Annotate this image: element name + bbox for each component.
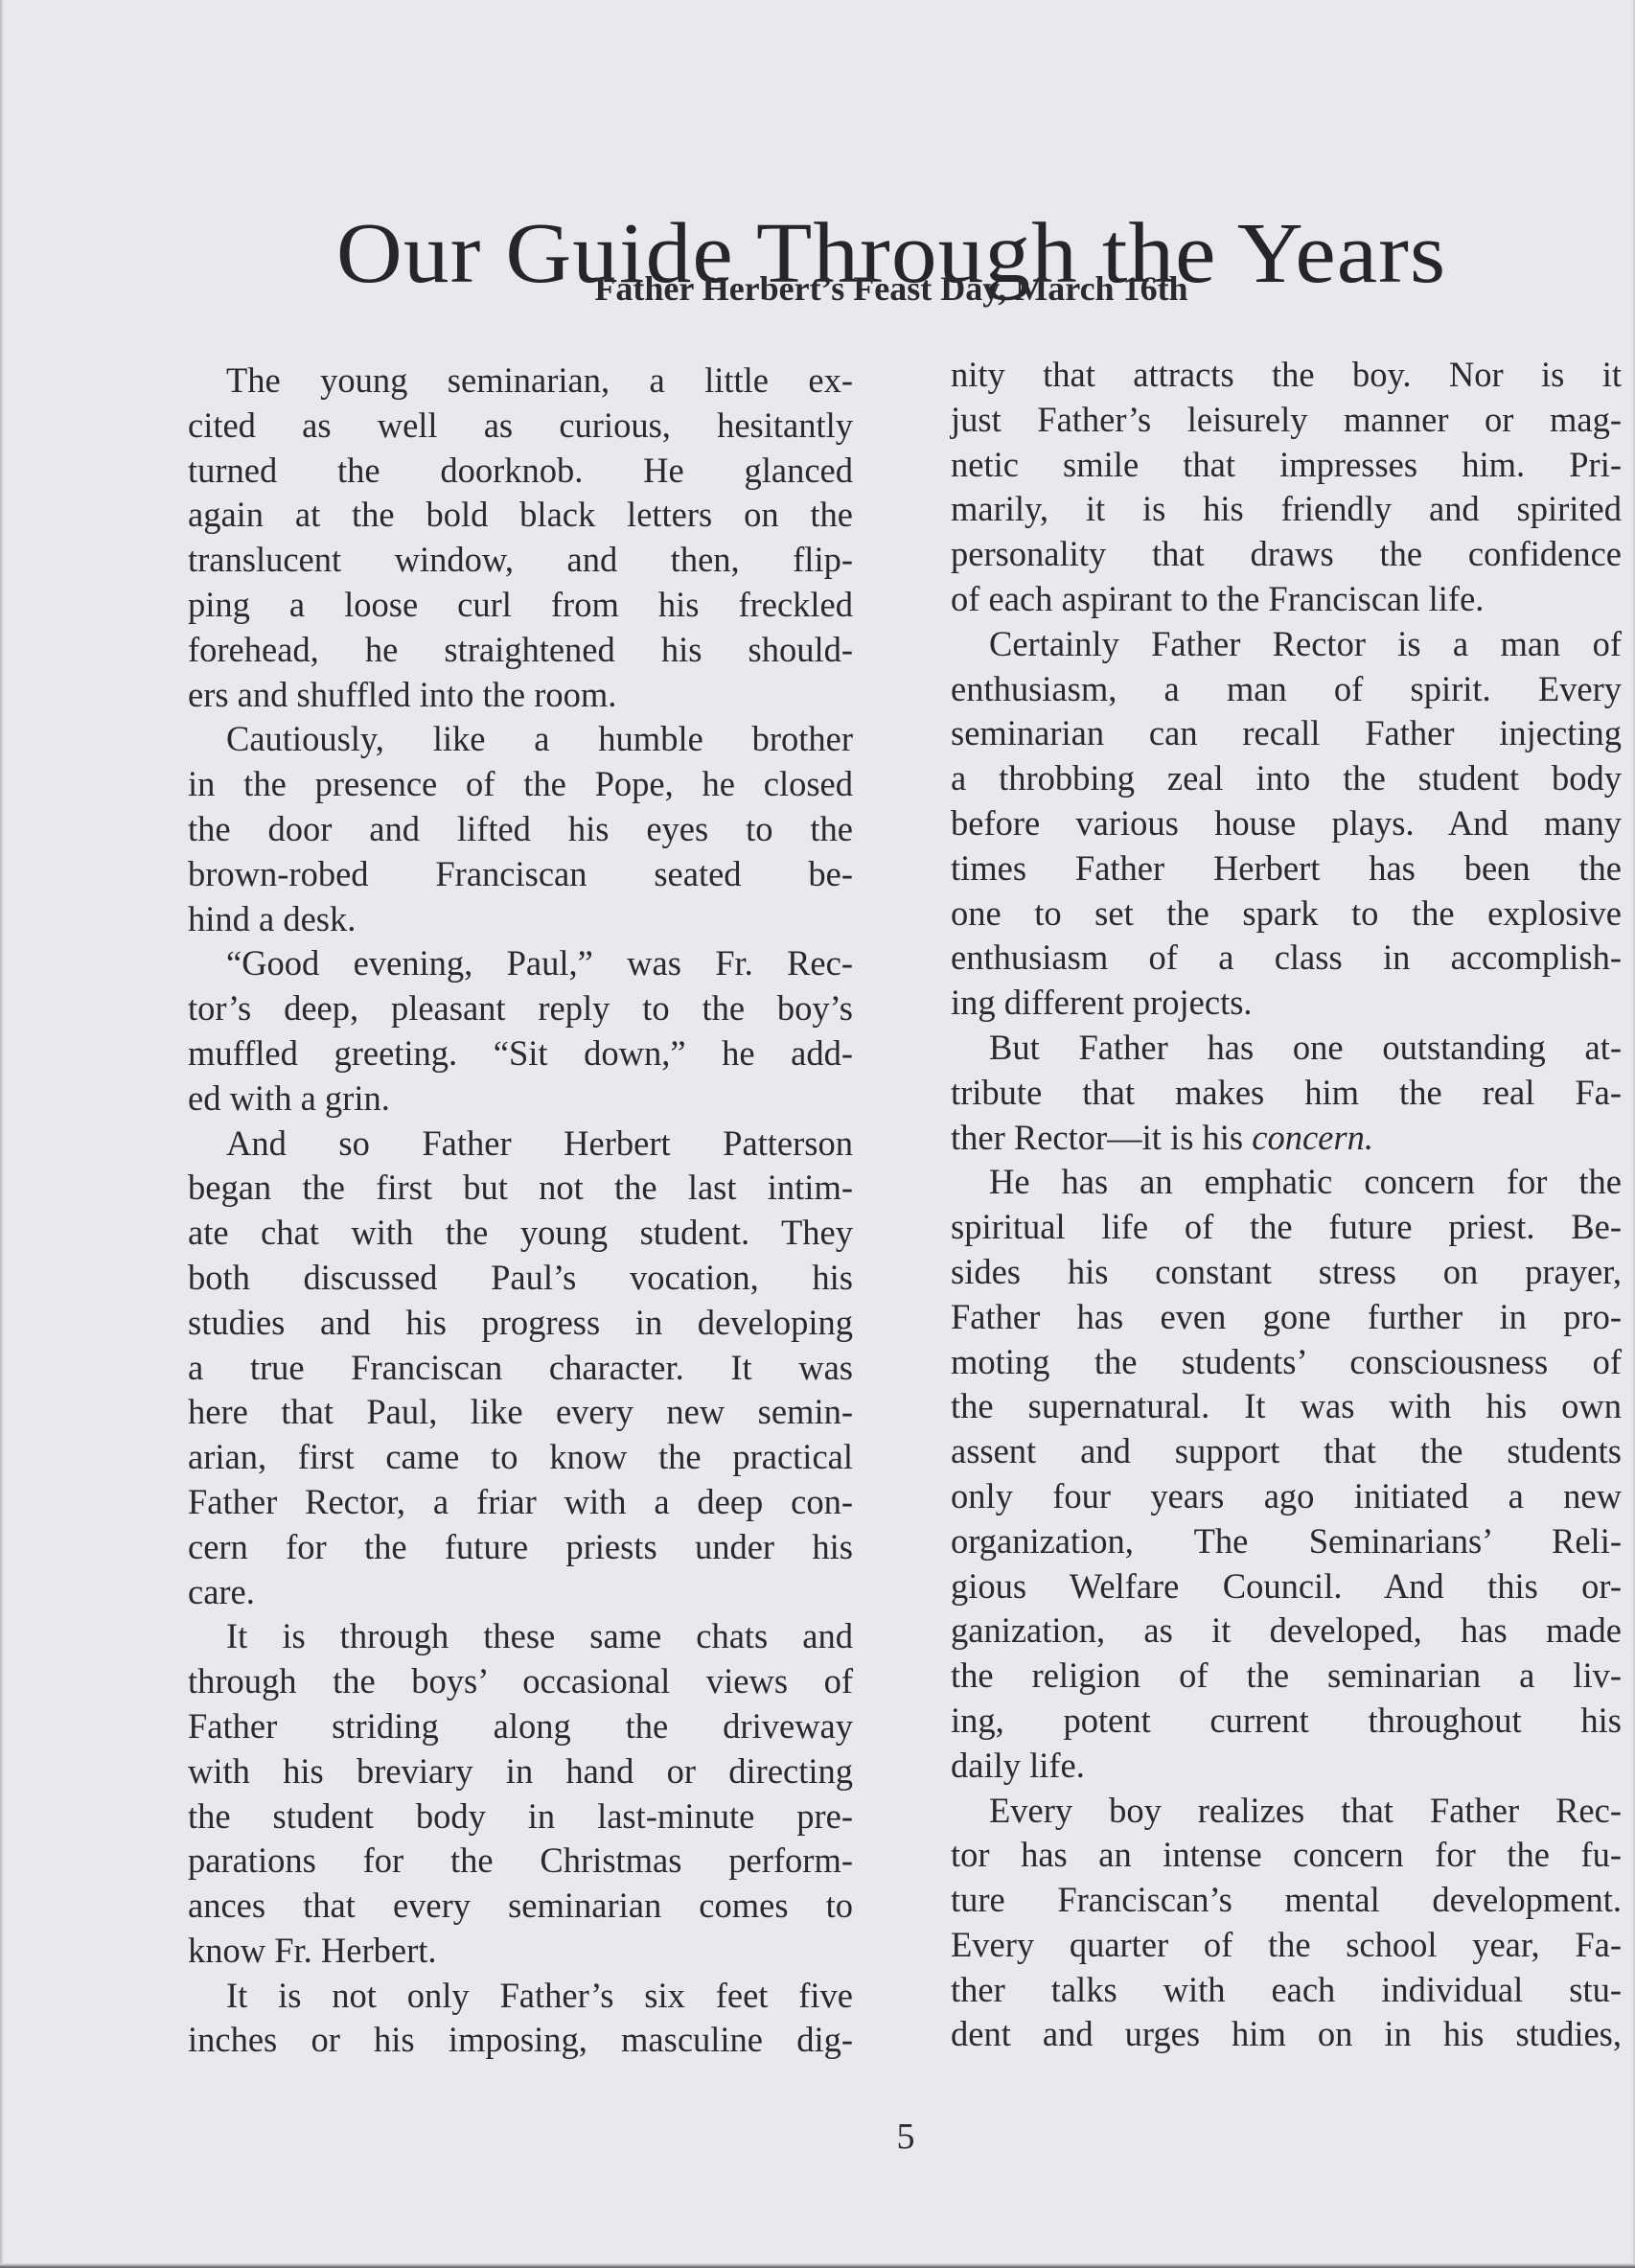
text-line-content: muffled greeting. “Sit down,” he add-	[188, 1033, 853, 1073]
text-line-content: enthusiasm of a class in accomplish-	[951, 937, 1622, 977]
text-line-content: in the presence of the Pope, he closed	[188, 764, 853, 803]
text-line-content: gious Welfare Council. And this or-	[951, 1566, 1622, 1606]
text-line: It is through these same chats and	[188, 1614, 853, 1659]
text-line: Every boy realizes that Father Rec-	[951, 1789, 1622, 1834]
text-line: organization, The Seminarians’ Reli-	[951, 1519, 1622, 1564]
text-line: the door and lifted his eyes to the	[188, 807, 853, 852]
text-line: It is not only Father’s six feet five	[188, 1974, 853, 2019]
text-line-content: arian, first came to know the practical	[188, 1437, 853, 1476]
text-line-content: studies and his progress in developing	[188, 1303, 853, 1342]
text-line: again at the bold black letters on the	[188, 493, 853, 538]
text-line: parations for the Christmas perform-	[188, 1839, 853, 1884]
text-line-content: Father Rector, a friar with a deep con-	[188, 1482, 853, 1521]
text-line-content: assent and support that the students	[951, 1431, 1622, 1470]
text-line: moting the students’ consciousness of	[951, 1340, 1622, 1385]
text-line-content: ganization, as it developed, has made	[951, 1610, 1622, 1650]
text-line-content: tor has an intense concern for the fu-	[951, 1835, 1622, 1874]
text-line: a true Franciscan character. It was	[188, 1346, 853, 1391]
text-line: assent and support that the students	[951, 1429, 1622, 1474]
text-line-content: know Fr. Herbert.	[188, 1931, 437, 1970]
text-line: just Father’s leisurely manner or mag-	[951, 398, 1622, 443]
text-line-content: the student body in last-minute pre-	[188, 1796, 853, 1836]
text-line-content: a true Franciscan character. It was	[188, 1348, 853, 1387]
text-line: hind a desk.	[188, 897, 853, 942]
text-line: here that Paul, like every new semin-	[188, 1390, 853, 1435]
text-line-content: And so Father Herbert Patterson	[226, 1123, 853, 1163]
text-line: ers and shuffled into the room.	[188, 673, 853, 718]
text-line: gious Welfare Council. And this or-	[951, 1564, 1622, 1609]
text-line-content: ers and shuffled into the room.	[188, 675, 616, 714]
text-line-content: marily, it is his friendly and spirited	[951, 489, 1622, 528]
text-line-content: the supernatural. It was with his own	[951, 1386, 1622, 1425]
text-line-content: translucent window, and then, flip-	[188, 540, 853, 579]
text-line-content: enthusiasm, a man of spirit. Every	[951, 669, 1622, 708]
text-line-content: cited as well as curious, hesitantly	[188, 405, 853, 445]
text-line: nity that attracts the boy. Nor is it	[951, 353, 1622, 398]
text-line: ping a loose curl from his freckled	[188, 583, 853, 628]
text-line: ances that every seminarian comes to	[188, 1884, 853, 1929]
text-line: netic smile that impresses him. Pri-	[951, 443, 1622, 488]
text-line-content: He has an emphatic concern for the	[989, 1162, 1622, 1201]
text-line-content: before various house plays. And many	[951, 803, 1622, 843]
text-line-content: times Father Herbert has been the	[951, 848, 1622, 888]
text-line: ate chat with the young student. They	[188, 1211, 853, 1256]
text-line-content: the religion of the seminarian a liv-	[951, 1655, 1622, 1695]
text-line: ing different projects.	[951, 981, 1622, 1026]
text-line: studies and his progress in developing	[188, 1301, 853, 1346]
text-line-content: Every boy realizes that Father Rec-	[989, 1791, 1622, 1830]
text-line-content: sides his constant stress on prayer,	[951, 1252, 1622, 1291]
text-line: ture Franciscan’s mental development.	[951, 1878, 1622, 1923]
text-line: But Father has one outstanding at-	[951, 1026, 1622, 1071]
text-line: Certainly Father Rector is a man of	[951, 622, 1622, 667]
text-line-content: organization, The Seminarians’ Reli-	[951, 1521, 1622, 1561]
text-line: in the presence of the Pope, he closed	[188, 762, 853, 807]
text-line: Father has even gone further in pro-	[951, 1295, 1622, 1340]
text-line: inches or his imposing, masculine dig-	[188, 2018, 853, 2063]
text-line: marily, it is his friendly and spirited	[951, 487, 1622, 532]
text-line-content: ping a loose curl from his freckled	[188, 585, 853, 624]
text-line-content: inches or his imposing, masculine dig-	[188, 2020, 853, 2059]
text-line: tribute that makes him the real Fa-	[951, 1071, 1622, 1116]
text-line-content: parations for the Christmas perform-	[188, 1840, 853, 1880]
text-line: And so Father Herbert Patterson	[188, 1122, 853, 1167]
text-line-content: brown-robed Franciscan seated be-	[188, 854, 853, 893]
left-column: The young seminarian, a little ex-cited …	[188, 359, 853, 2063]
text-line-content: both discussed Paul’s vocation, his	[188, 1258, 853, 1297]
text-line: the religion of the seminarian a liv-	[951, 1654, 1622, 1699]
italic-emphasis: concern.	[1252, 1118, 1373, 1157]
text-line-content: ther Rector—it is his	[951, 1118, 1252, 1157]
text-line-content: “Good evening, Paul,” was Fr. Rec-	[226, 943, 853, 983]
text-line: the supernatural. It was with his own	[951, 1384, 1622, 1429]
text-line: ed with a grin.	[188, 1076, 853, 1122]
page-bottom-edge	[0, 2263, 1635, 2268]
text-line-content: personality that draws the confidence	[951, 534, 1622, 573]
text-line: Every quarter of the school year, Fa-	[951, 1923, 1622, 1968]
text-line: personality that draws the confidence	[951, 532, 1622, 577]
text-line: only four years ago initiated a new	[951, 1474, 1622, 1519]
text-line: dent and urges him on in his studies,	[951, 2012, 1622, 2057]
text-line-content: here that Paul, like every new semin-	[188, 1392, 853, 1431]
text-line: daily life.	[951, 1744, 1622, 1789]
text-line-content: It is through these same chats and	[226, 1616, 853, 1655]
text-line-content: turned the doorknob. He glanced	[188, 451, 853, 490]
text-line-content: seminarian can recall Father injecting	[951, 713, 1622, 752]
text-line-content: with his breviary in hand or directing	[188, 1751, 853, 1791]
text-line-content: moting the students’ consciousness of	[951, 1342, 1622, 1381]
text-line: tor has an intense concern for the fu-	[951, 1833, 1622, 1878]
text-line: both discussed Paul’s vocation, his	[188, 1256, 853, 1301]
text-line: a throbbing zeal into the student body	[951, 756, 1622, 801]
text-line-content: nity that attracts the boy. Nor is it	[951, 355, 1622, 394]
text-line: enthusiasm of a class in accomplish-	[951, 936, 1622, 981]
text-line-content: But Father has one outstanding at-	[989, 1028, 1622, 1067]
text-line-content: Father striding along the driveway	[188, 1706, 853, 1746]
text-line: know Fr. Herbert.	[188, 1929, 853, 1974]
text-line-content: spiritual life of the future priest. Be-	[951, 1207, 1622, 1246]
text-line: before various house plays. And many	[951, 801, 1622, 846]
text-line-content: again at the bold black letters on the	[188, 495, 853, 534]
text-line: translucent window, and then, flip-	[188, 538, 853, 583]
text-line: The young seminarian, a little ex-	[188, 359, 853, 404]
text-line-content: Every quarter of the school year, Fa-	[951, 1925, 1622, 1964]
text-line-content: tor’s deep, pleasant reply to the boy’s	[188, 988, 853, 1028]
text-line: sides his constant stress on prayer,	[951, 1250, 1622, 1295]
text-line: ing, potent current throughout his	[951, 1699, 1622, 1744]
text-line: the student body in last-minute pre-	[188, 1794, 853, 1840]
text-line: through the boys’ occasional views of	[188, 1659, 853, 1704]
text-line-content: ing, potent current throughout his	[951, 1701, 1622, 1740]
text-line: Father striding along the driveway	[188, 1704, 853, 1749]
page-left-edge	[0, 0, 4, 2268]
text-line: He has an emphatic concern for the	[951, 1160, 1622, 1205]
text-line-content: just Father’s leisurely manner or mag-	[951, 400, 1622, 439]
text-line: of each aspirant to the Franciscan life.	[951, 577, 1622, 622]
text-line: muffled greeting. “Sit down,” he add-	[188, 1031, 853, 1076]
text-line-content: hind a desk.	[188, 899, 356, 938]
text-line: arian, first came to know the practical	[188, 1435, 853, 1480]
text-line: ther talks with each individual stu-	[951, 1968, 1622, 2013]
text-line-content: Certainly Father Rector is a man of	[989, 624, 1622, 663]
text-line-content: one to set the spark to the explosive	[951, 893, 1622, 933]
text-line-content: netic smile that impresses him. Pri-	[951, 445, 1622, 484]
text-line: spiritual life of the future priest. Be-	[951, 1205, 1622, 1250]
article-subtitle: Father Herbert’s Feast Day, March 16th	[192, 266, 1591, 311]
text-line: times Father Herbert has been the	[951, 846, 1622, 891]
text-line: brown-robed Franciscan seated be-	[188, 852, 853, 897]
text-line-content: ture Franciscan’s mental development.	[951, 1880, 1622, 1919]
text-line: enthusiasm, a man of spirit. Every	[951, 667, 1622, 712]
text-line: cited as well as curious, hesitantly	[188, 404, 853, 449]
text-line-content: care.	[188, 1572, 255, 1611]
text-line: one to set the spark to the explosive	[951, 891, 1622, 937]
text-line: tor’s deep, pleasant reply to the boy’s	[188, 986, 853, 1031]
text-line: began the first but not the last intim-	[188, 1166, 853, 1211]
text-line-content: ed with a grin.	[188, 1078, 390, 1118]
right-column: nity that attracts the boy. Nor is itjus…	[951, 353, 1622, 2057]
text-line: “Good evening, Paul,” was Fr. Rec-	[188, 941, 853, 986]
text-line-content: The young seminarian, a little ex-	[226, 360, 853, 400]
text-line-content: It is not only Father’s six feet five	[226, 1976, 853, 2015]
text-line-content: Cautiously, like a humble brother	[226, 719, 853, 758]
text-line: with his breviary in hand or directing	[188, 1749, 853, 1794]
page-number: 5	[891, 2115, 920, 2159]
text-line: seminarian can recall Father injecting	[951, 711, 1622, 756]
text-line-content: ances that every seminarian comes to	[188, 1886, 853, 1925]
text-line: ther Rector—it is his concern.	[951, 1116, 1622, 1161]
text-line-content: the door and lifted his eyes to the	[188, 809, 853, 848]
text-line: care.	[188, 1570, 853, 1615]
text-line-content: cern for the future priests under his	[188, 1527, 853, 1566]
text-line-content: Father has even gone further in pro-	[951, 1297, 1622, 1336]
text-line-content: forehead, he straightened his should-	[188, 630, 853, 669]
text-line-content: ther talks with each individual stu-	[951, 1970, 1622, 2009]
text-line: Cautiously, like a humble brother	[188, 717, 853, 762]
text-line: Father Rector, a friar with a deep con-	[188, 1480, 853, 1525]
text-line-content: a throbbing zeal into the student body	[951, 758, 1622, 798]
text-line: turned the doorknob. He glanced	[188, 449, 853, 494]
text-line-content: tribute that makes him the real Fa-	[951, 1073, 1622, 1112]
text-line-content: ate chat with the young student. They	[188, 1213, 853, 1252]
text-line-content: ing different projects.	[951, 983, 1253, 1022]
text-line-content: of each aspirant to the Franciscan life.	[951, 579, 1484, 618]
text-line: cern for the future priests under his	[188, 1525, 853, 1570]
text-line-content: dent and urges him on in his studies,	[951, 2014, 1622, 2053]
text-line-content: through the boys’ occasional views of	[188, 1661, 853, 1701]
text-line-content: began the first but not the last intim-	[188, 1168, 853, 1207]
text-line: ganization, as it developed, has made	[951, 1608, 1622, 1654]
text-line-content: daily life.	[951, 1746, 1085, 1785]
text-line: forehead, he straightened his should-	[188, 628, 853, 673]
text-line-content: only four years ago initiated a new	[951, 1476, 1622, 1516]
